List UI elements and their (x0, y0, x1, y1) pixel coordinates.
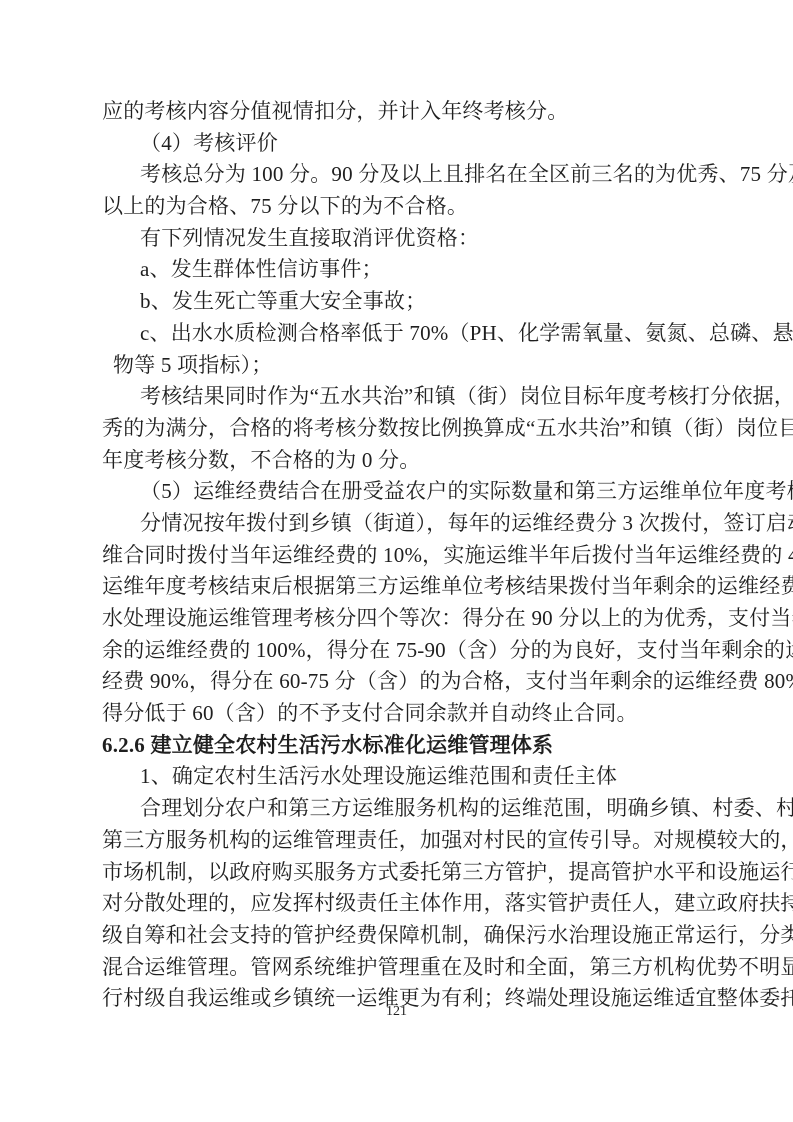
text-line: 以上的为合格、75 分以下的为不合格。 (102, 191, 702, 223)
text-line: 年度考核分数，不合格的为 0 分。 (102, 445, 702, 477)
text-line: 对分散处理的，应发挥村级责任主体作用，落实管护责任人，建立政府扶持、村 (102, 888, 702, 920)
text-line: 市场机制，以政府购买服务方式委托第三方管护，提高管护水平和设施运行效率； (102, 857, 702, 889)
text-line-item-5: （5）运维经费结合在册受益农户的实际数量和第三方运维单位年度考核得 (102, 476, 702, 508)
text-line-item-b: b、发生死亡等重大安全事故； (102, 286, 702, 318)
text-line: 第三方服务机构的运维管理责任，加强对村民的宣传引导。对规模较大的，运用 (102, 825, 702, 857)
text-line: 有下列情况发生直接取消评优资格： (102, 223, 702, 255)
text-line: 考核结果同时作为“五水共治”和镇（街）岗位目标年度考核打分依据，优 (102, 381, 702, 413)
text-line: 维合同时拨付当年运维经费的 10%，实施运维半年后拨付当年运维经费的 40%， (102, 540, 702, 572)
section-heading-6-2-6: 6.2.6 建立健全农村生活污水标准化运维管理体系 (102, 730, 702, 762)
page-number: 121 (0, 1004, 793, 1020)
text-line: 考核总分为 100 分。90 分及以上且排名在全区前三名的为优秀、75 分及 (102, 159, 702, 191)
text-line: 混合运维管理。管网系统维护管理重在及时和全面，第三方机构优势不明显，实 (102, 952, 702, 984)
text-line-item-c: c、出水水质检测合格率低于 70%（PH、化学需氧量、氨氮、总磷、悬浮 (102, 318, 702, 350)
text-line: 水处理设施运维管理考核分四个等次：得分在 90 分以上的为优秀，支付当年剩 (102, 603, 702, 635)
text-line-item-a: a、发生群体性信访事件； (102, 254, 702, 286)
text-line: 经费 90%，得分在 60-75 分（含）的为合格，支付当年剩余的运维经费 80… (102, 666, 702, 698)
document-page: 应的考核内容分值视情扣分，并计入年终考核分。 （4）考核评价 考核总分为 100… (0, 0, 793, 1122)
text-line: 秀的为满分，合格的将考核分数按比例换算成“五水共治”和镇（街）岗位目标 (102, 413, 702, 445)
document-body: 应的考核内容分值视情扣分，并计入年终考核分。 （4）考核评价 考核总分为 100… (102, 96, 702, 1015)
text-line: 物等 5 项指标）； (102, 350, 702, 382)
text-line: 级自筹和社会支持的管护经费保障机制，确保污水治理设施正常运行，分类实施 (102, 920, 702, 952)
text-line: 分情况按年拨付到乡镇（街道），每年的运维经费分 3 次拨付，签订启动运 (102, 508, 702, 540)
text-line-item-4: （4）考核评价 (102, 128, 702, 160)
text-line: 应的考核内容分值视情扣分，并计入年终考核分。 (102, 96, 702, 128)
text-line: 运维年度考核结束后根据第三方运维单位考核结果拨付当年剩余的运维经费。污 (102, 571, 702, 603)
text-line: 合理划分农户和第三方运维服务机构的运维范围，明确乡镇、村委、村民及 (102, 793, 702, 825)
text-line: 得分低于 60（含）的不予支付合同余款并自动终止合同。 (102, 698, 702, 730)
text-line: 余的运维经费的 100%，得分在 75-90（含）分的为良好，支付当年剩余的运维 (102, 635, 702, 667)
subsection-heading-1: 1、确定农村生活污水处理设施运维范围和责任主体 (102, 761, 702, 793)
